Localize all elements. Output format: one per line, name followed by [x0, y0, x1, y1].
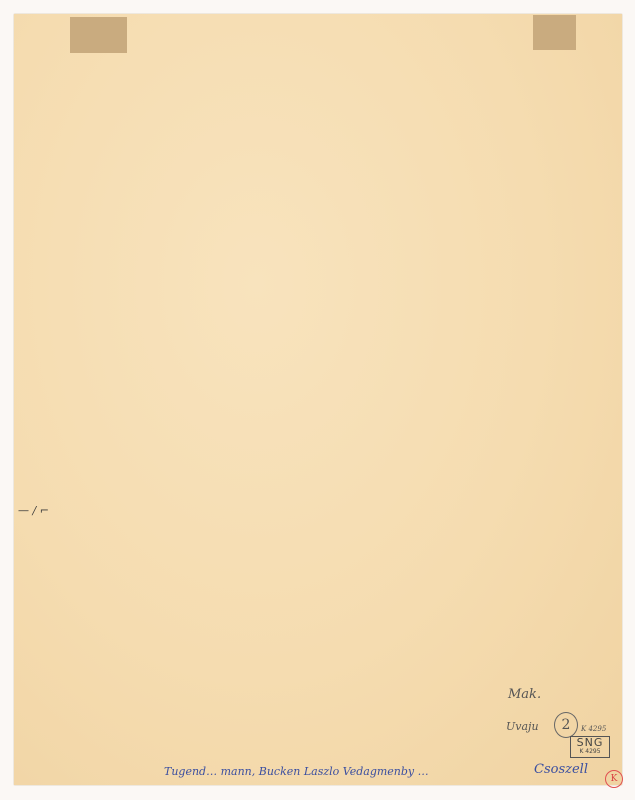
stamp-label: SNG	[571, 737, 609, 748]
bottom-inscription: Tugend… mann, Bucken Laszlo Vedagmenby …	[164, 765, 429, 778]
inventory-small: K 4295	[581, 725, 606, 733]
sng-stamp: SNG K 4295	[570, 736, 610, 758]
note-top: Mak.	[508, 687, 541, 702]
paper-sheet: — / ⌐ Mak. Uvaju 2 K 4295 SNG K 4295 Tug…	[14, 14, 622, 785]
stamp-number: K 4295	[571, 748, 609, 755]
left-pencil-marks: — / ⌐	[18, 504, 49, 517]
mounting-tab-left	[70, 17, 127, 53]
circled-number: 2	[554, 712, 578, 738]
red-circle-mark: K	[605, 770, 623, 788]
note-mid: Uvaju	[506, 720, 539, 733]
signature: Csoszell	[534, 762, 588, 777]
mounting-tab-right	[533, 15, 576, 50]
